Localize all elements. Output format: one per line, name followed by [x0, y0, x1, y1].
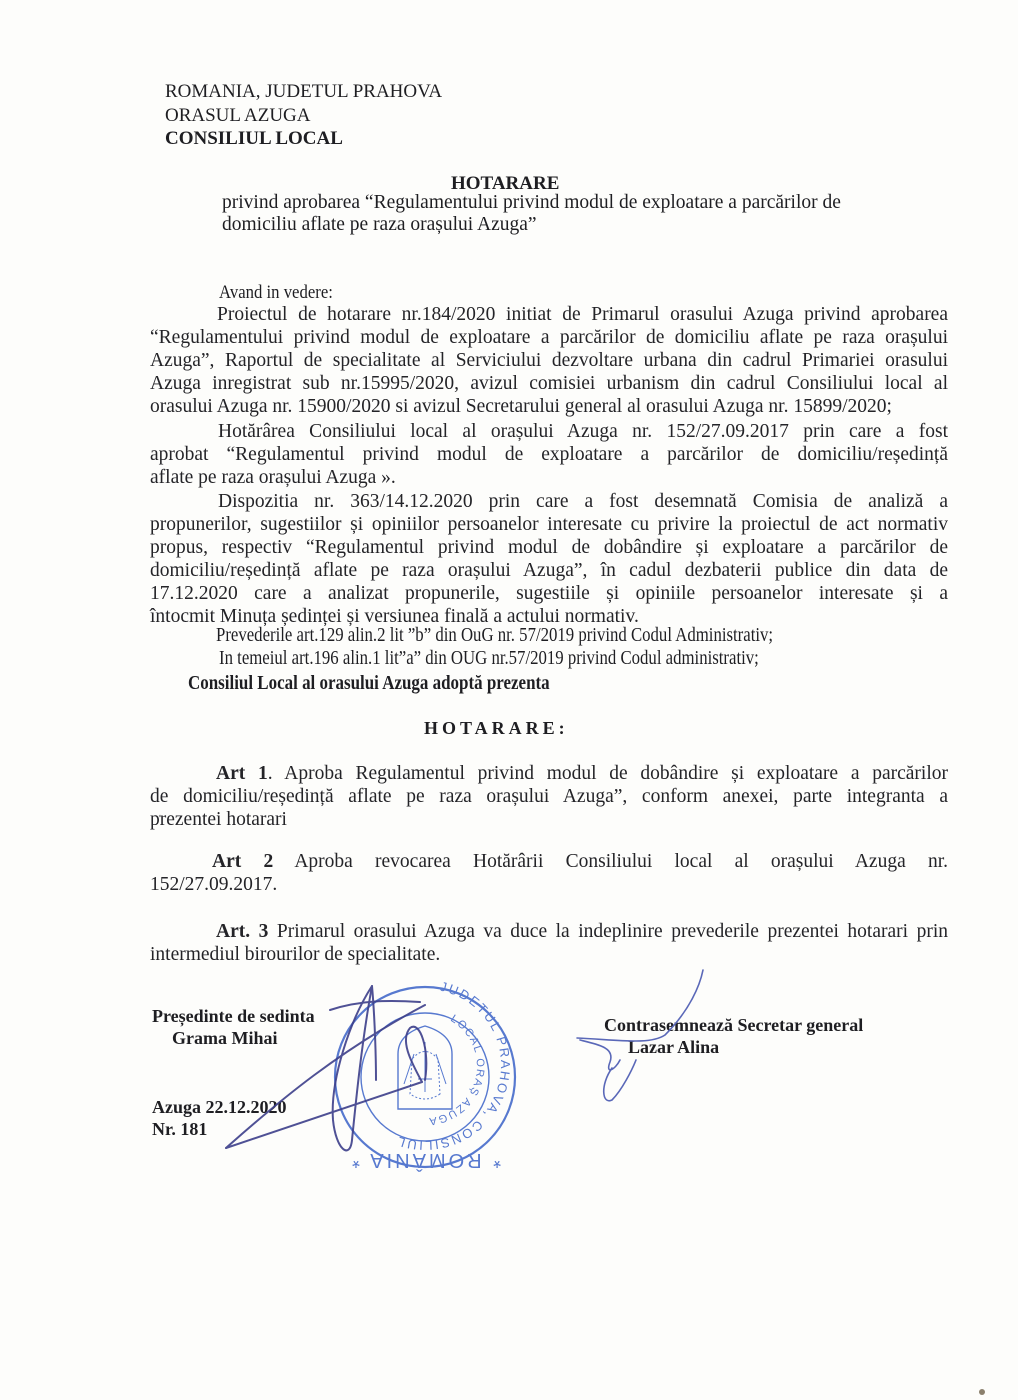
article-text: Aproba revocarea Hotărârii Consiliului l… — [273, 851, 948, 872]
text-line: “Regulamentului privind modul de exploat… — [150, 326, 948, 349]
article-text: . Aproba Regulamentul privind modul de d… — [268, 763, 948, 784]
article-3: Art. 3 Primarul orasului Azuga va duce l… — [150, 920, 948, 966]
text-line: Dispozitia nr. 363/14.12.2020 prin care … — [150, 490, 948, 513]
text-line: 17.12.2020 care a analizat propunerile, … — [150, 582, 948, 605]
preamble-legal-basis-2: In temeiul art.196 alin.1 lit”a” din OUG… — [219, 648, 759, 670]
preamble-legal-basis-1: Prevederile art.129 alin.2 lit ”b” din O… — [216, 625, 773, 647]
article-label: Art 1 — [216, 763, 268, 784]
secretary-role: Contrasemnează Secretar general — [604, 1015, 863, 1036]
text-line: Azuga inregistrat sub nr.15995/2020, avi… — [150, 372, 948, 395]
article-2: Art 2 Aproba revocarea Hotărârii Consili… — [150, 850, 948, 896]
header-county: ROMANIA, JUDETUL PRAHOVA — [165, 80, 442, 104]
preamble-paragraph-previous-decision: Hotărârea Consiliului local al orașului … — [150, 420, 948, 489]
svg-text:JUDETUL PRAHOVA, CONSILIUL: JUDETUL PRAHOVA, CONSILIUL — [394, 979, 513, 1154]
article-text: Primarul orasului Azuga va duce la indep… — [268, 921, 948, 942]
text-line: Hotărârea Consiliului local al orașului … — [150, 420, 948, 443]
article-label: Art. 3 — [216, 921, 268, 942]
article-label: Art 2 — [212, 851, 273, 872]
place-date: Azuga 22.12.2020 — [152, 1097, 287, 1118]
text-line: 152/27.09.2017. — [150, 873, 948, 896]
svg-text:* ROMÂNIA *: * ROMÂNIA * — [349, 1149, 501, 1172]
text-line: Azuga”, Raportul de specialitate al Serv… — [150, 349, 948, 372]
scan-speck — [979, 1389, 985, 1395]
text-line: prezentei hotarari — [150, 808, 948, 831]
text-line: Proiectul de hotarare nr.184/2020 initia… — [150, 303, 948, 326]
decision-heading: HOTARARE: — [424, 718, 569, 739]
header-town: ORASUL AZUGA — [165, 104, 311, 128]
adoption-statement: Consiliul Local al orasului Azuga adoptă… — [188, 673, 550, 695]
president-name: Grama Mihai — [172, 1028, 278, 1049]
preamble-paragraph-disposition: Dispozitia nr. 363/14.12.2020 prin care … — [150, 490, 948, 628]
article-1: Art 1. Aproba Regulamentul privind modul… — [150, 762, 948, 831]
text-line: propus, respectiv “Regulamentul privind … — [150, 536, 948, 559]
official-stamp: JUDETUL PRAHOVA, CONSILIUL LOCAL ORAȘ AZ… — [335, 979, 515, 1172]
preamble-intro: Avand in vedere: — [219, 282, 333, 304]
text-line: aprobat “Regulamentul privind modul de e… — [150, 443, 948, 466]
preamble-paragraph-project: Proiectul de hotarare nr.184/2020 initia… — [150, 303, 948, 418]
document-subtitle-line1: privind aprobarea “Regulamentului privin… — [222, 192, 841, 214]
decision-number: Nr. 181 — [152, 1119, 207, 1140]
text-line: domiciliu/reședință aflate pe raza orașu… — [150, 559, 948, 582]
svg-text:LOCAL ORAȘ AZUGA: LOCAL ORAȘ AZUGA — [427, 1013, 486, 1127]
header-council: CONSILIUL LOCAL — [165, 127, 343, 151]
secretary-name: Lazar Alina — [628, 1037, 719, 1058]
text-line: aflate pe raza orașului Azuga ». — [150, 466, 948, 489]
text-line: orasului Azuga nr. 15900/2020 si avizul … — [150, 395, 948, 418]
text-line: propunerilor, sugestiilor și opiniilor p… — [150, 513, 948, 536]
text-line: de domiciliu/reședință aflate pe raza or… — [150, 785, 948, 808]
text-line: intermediul birourilor de specialitate. — [150, 943, 948, 966]
document-subtitle-line2: domiciliu aflate pe raza orașului Azuga” — [222, 214, 537, 236]
president-role: Președinte de sedinta — [152, 1006, 315, 1027]
